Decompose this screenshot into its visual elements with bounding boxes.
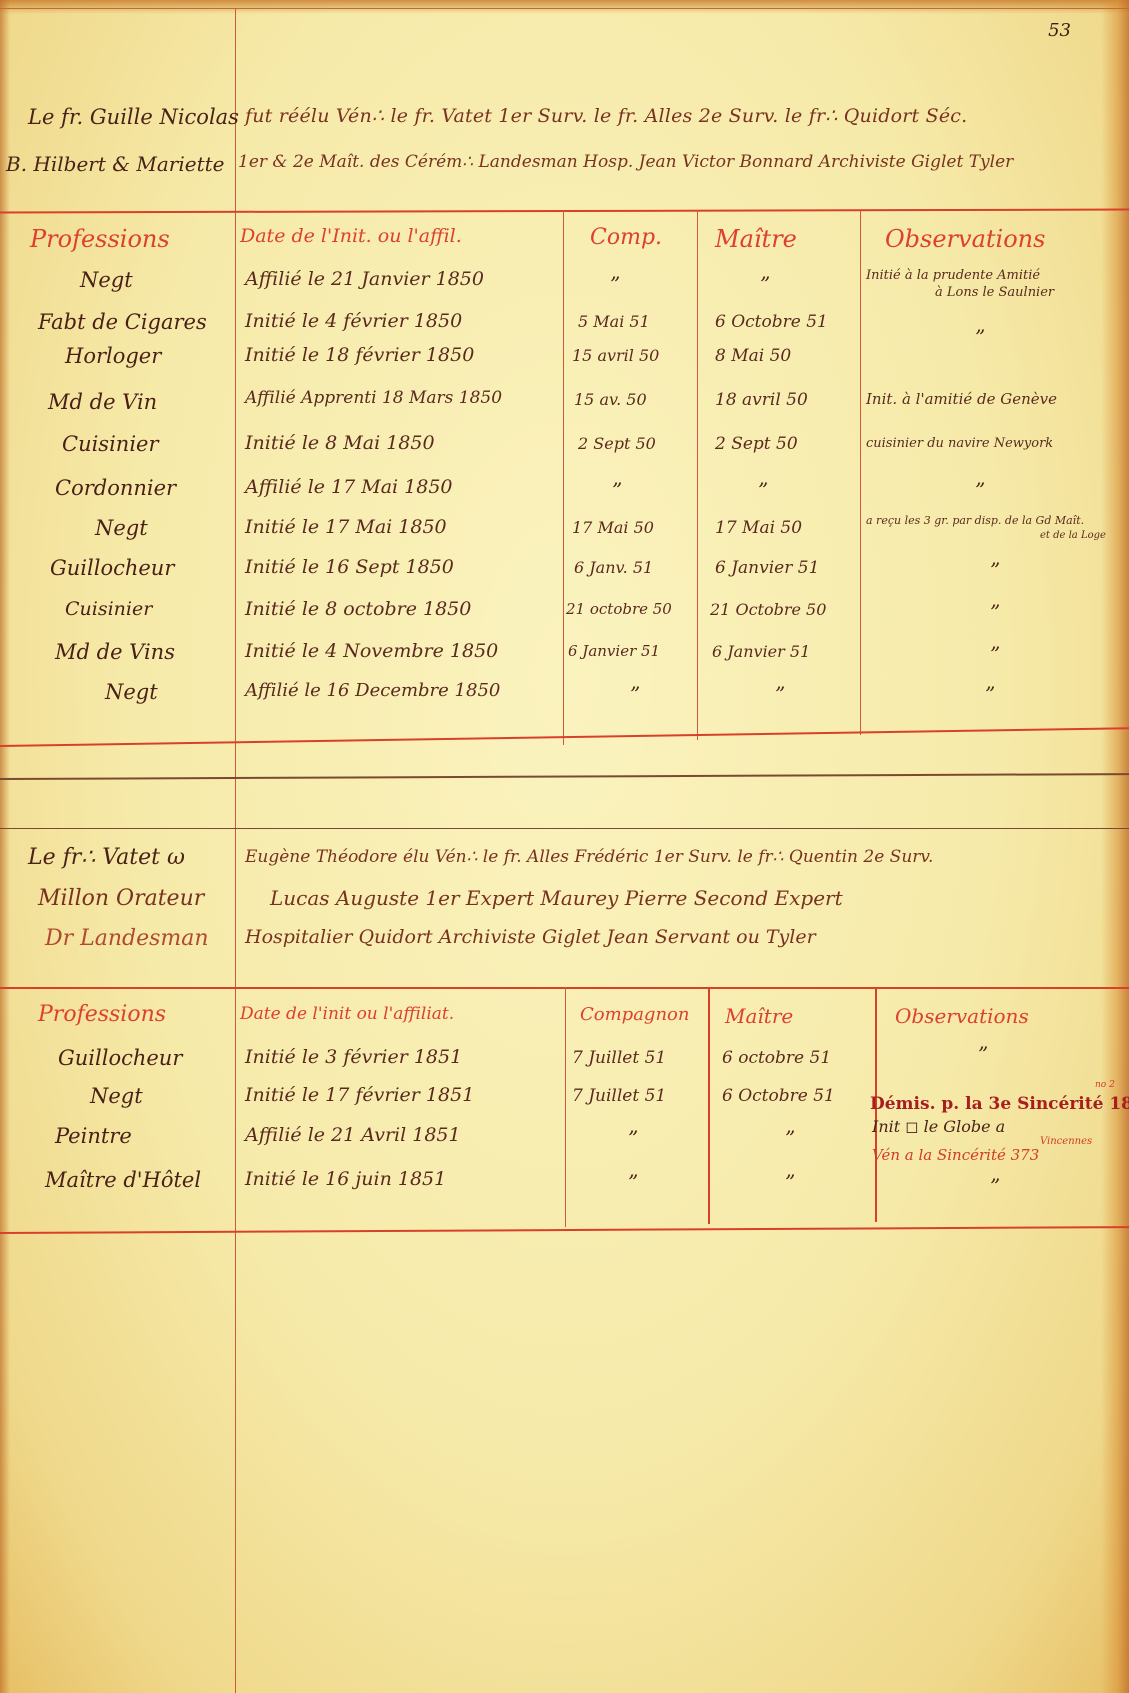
s1-table-bottom-rule [0, 727, 1129, 747]
cell-observations: Initié à la prudente Amitié [866, 268, 1040, 283]
s2-officers-line3-left: Dr Landesman [45, 926, 209, 951]
cell-comp: 5 Mai 51 [578, 312, 650, 331]
cell-maitre: ” [775, 682, 785, 706]
cell-observations: ” [990, 1174, 1000, 1198]
cell-profession: Peintre [55, 1124, 132, 1148]
cell-date: Initié le 18 février 1850 [245, 344, 474, 366]
s1-col-rule-comp [563, 210, 564, 745]
cell-profession: Cuisinier [65, 598, 152, 620]
cell-maitre: 6 Janvier 51 [712, 642, 810, 661]
cell-comp: 2 Sept 50 [578, 434, 656, 453]
cell-comp: ” [628, 1126, 638, 1150]
s2-header-professions: Professions [38, 1002, 166, 1027]
s2-header-observations: Observations [895, 1004, 1029, 1028]
page-number: 53 [1048, 20, 1071, 41]
cell-observations: ” [975, 325, 985, 349]
note-line1-sup: no 2 [1095, 1080, 1115, 1090]
s1-officers-line1-left: Le fr. Guille Nicolas [28, 105, 239, 129]
s2-officers-line3-right: Hospitalier Quidort Archiviste Giglet Je… [245, 926, 816, 948]
cell-profession: Negt [95, 516, 148, 540]
cell-profession: Cuisinier [62, 432, 159, 456]
cell-date: Affilié le 21 Janvier 1850 [245, 268, 484, 290]
cell-observations-cont: à Lons le Saulnier [935, 285, 1054, 300]
cell-date: Initié le 4 Novembre 1850 [245, 640, 498, 662]
cell-maitre: 6 Octobre 51 [715, 312, 828, 332]
cell-comp: 15 avril 50 [572, 346, 659, 365]
cell-profession: Negt [80, 268, 133, 292]
page-edge-right [1101, 0, 1129, 1693]
s1-col-rule-maitre [697, 210, 698, 740]
cell-comp: 7 Juillet 51 [572, 1086, 666, 1106]
note-line2: Init ◻ le Globe a [872, 1117, 1005, 1136]
cell-maitre: 6 Octobre 51 [722, 1086, 835, 1106]
margin-rule [235, 8, 236, 1693]
note-line1: Démis. p. la 3e Sincérité 1853 [870, 1094, 1129, 1114]
cell-profession: Horloger [65, 344, 161, 368]
s1-officers-line2-left: B. Hilbert & Mariette [6, 152, 225, 176]
section-divider [0, 773, 1129, 780]
cell-observations: ” [990, 600, 1000, 624]
cell-profession: Negt [90, 1084, 143, 1108]
note-line3: Vén a la Sincérité 373 [872, 1146, 1039, 1164]
cell-maitre: 21 Octobre 50 [710, 600, 826, 619]
cell-date: Initié le 4 février 1850 [245, 310, 462, 332]
cell-profession: Cordonnier [55, 476, 176, 500]
s2-officers-line1-left: Le fr∴ Vatet ω [28, 845, 185, 870]
cell-comp: 6 Janv. 51 [574, 558, 653, 577]
s2-table-bottom-rule [0, 1226, 1129, 1234]
cell-observations: ” [990, 558, 1000, 582]
cell-comp: 17 Mai 50 [572, 518, 654, 537]
cell-date: Affilié le 21 Avril 1851 [245, 1124, 461, 1146]
cell-maitre: 6 Janvier 51 [715, 558, 819, 578]
s1-officers-line2-right: 1er & 2e Maît. des Cérém∴ Landesman Hosp… [238, 152, 1013, 172]
ledger-page: 53 Le fr. Guille Nicolas fut réélu Vén∴ … [0, 0, 1129, 1693]
cell-profession: Maître d'Hôtel [45, 1168, 201, 1192]
cell-profession: Negt [105, 680, 158, 704]
cell-date: Initié le 3 février 1851 [245, 1046, 462, 1068]
cell-observations: ” [978, 1042, 988, 1066]
cell-comp: 7 Juillet 51 [572, 1048, 666, 1068]
cell-date: Initié le 17 Mai 1850 [245, 516, 447, 538]
s2-col-rule-maitre [708, 987, 710, 1224]
s1-header-observations: Observations [885, 225, 1045, 253]
cell-observations: cuisinier du navire Newyork [866, 436, 1053, 451]
cell-profession: Fabt de Cigares [38, 310, 207, 334]
s2-col-rule-comp [565, 987, 566, 1227]
cell-profession: Guillocheur [58, 1046, 182, 1070]
cell-maitre: ” [785, 1170, 795, 1194]
cell-observations: ” [985, 682, 995, 706]
note-line2-sup: Vincennes [1040, 1136, 1092, 1147]
top-rule [0, 8, 1129, 9]
cell-date: Initié le 17 février 1851 [245, 1084, 474, 1106]
cell-maitre: 8 Mai 50 [715, 346, 791, 366]
cell-date: Initié le 8 Mai 1850 [245, 432, 435, 454]
s1-header-maitre: Maître [715, 225, 797, 253]
cell-date: Affilié le 16 Decembre 1850 [245, 680, 500, 701]
cell-comp: ” [630, 682, 640, 706]
cell-comp: ” [612, 478, 622, 502]
s2-officers-line2-left: Millon Orateur [38, 886, 204, 911]
cell-observations: Init. à l'amitié de Genève [866, 390, 1057, 408]
s2-header-maitre: Maître [725, 1004, 793, 1028]
cell-maitre: ” [758, 478, 768, 502]
cell-observations: a reçu les 3 gr. par disp. de la Gd Maît… [866, 514, 1084, 527]
cell-maitre: 2 Sept 50 [715, 434, 798, 454]
cell-profession: Md de Vins [55, 640, 175, 664]
s2-officers-top-rule [0, 828, 1129, 829]
s2-officers-line2-right: Lucas Auguste 1er Expert Maurey Pierre S… [270, 886, 843, 910]
cell-date: Affilié Apprenti 18 Mars 1850 [245, 388, 502, 408]
s2-officers-line1-right: Eugène Théodore élu Vén∴ le fr. Alles Fr… [245, 847, 933, 867]
cell-comp: 6 Janvier 51 [568, 642, 660, 660]
s1-col-rule-obs [860, 210, 861, 735]
cell-maitre: 6 octobre 51 [722, 1048, 831, 1068]
cell-date: Initié le 8 octobre 1850 [245, 598, 471, 620]
s1-header-date: Date de l'Init. ou l'affil. [240, 225, 462, 247]
cell-maitre: ” [785, 1126, 795, 1150]
s1-table-top-rule [0, 209, 1129, 214]
cell-date: Initié le 16 Sept 1850 [245, 556, 454, 578]
cell-comp: ” [610, 272, 620, 296]
s1-header-comp: Comp. [590, 225, 662, 250]
page-edge-top [0, 0, 1129, 14]
cell-maitre: 17 Mai 50 [715, 518, 802, 538]
cell-comp: 15 av. 50 [574, 390, 647, 409]
page-edge-left [0, 0, 10, 1693]
cell-maitre: 18 avril 50 [715, 390, 808, 410]
cell-comp: 21 octobre 50 [566, 600, 672, 618]
cell-observations: ” [975, 478, 985, 502]
cell-observations: ” [990, 642, 1000, 666]
cell-profession: Guillocheur [50, 556, 174, 580]
cell-date: Initié le 16 juin 1851 [245, 1168, 446, 1190]
s2-header-comp: Compagnon [580, 1004, 689, 1025]
cell-profession: Md de Vin [48, 390, 157, 414]
s1-officers-line1-right: fut réélu Vén∴ le fr. Vatet 1er Surv. le… [245, 105, 967, 127]
cell-observations-cont: et de la Loge [1040, 530, 1106, 541]
cell-maitre: ” [760, 272, 770, 296]
cell-date: Affilié le 17 Mai 1850 [245, 476, 453, 498]
cell-comp: ” [628, 1170, 638, 1194]
s2-header-date: Date de l'init ou l'affiliat. [240, 1004, 454, 1024]
s1-header-professions: Professions [30, 225, 170, 253]
